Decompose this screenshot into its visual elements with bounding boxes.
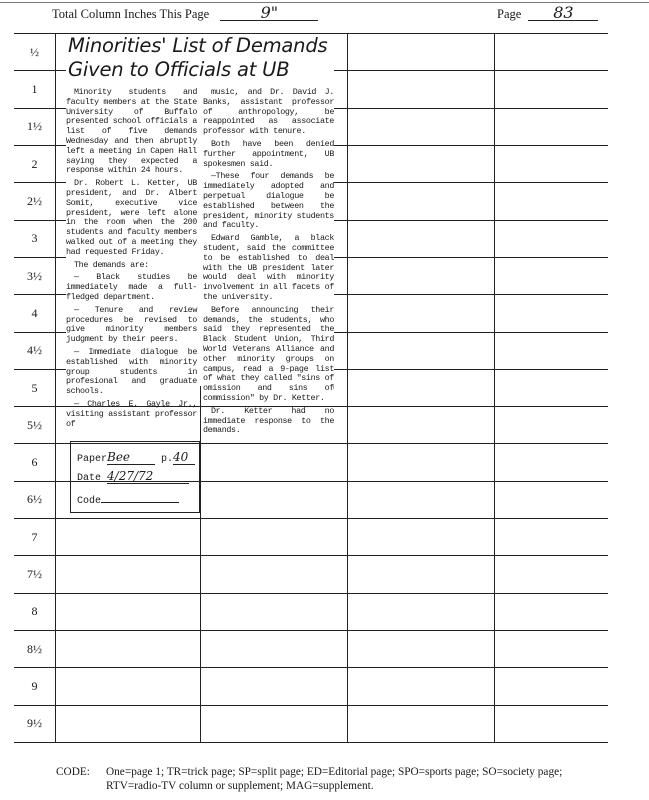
code-legend-line-2: RTV=radio-TV column or supplement; MAG=s… xyxy=(56,779,562,793)
stamp-paper-value: Bee xyxy=(107,450,155,465)
paragraph: The demands are: xyxy=(66,261,197,271)
article-body: Minority students and faculty members at… xyxy=(66,88,334,439)
row-divider xyxy=(14,593,608,594)
paragraph: —These four demands be immediately adopt… xyxy=(203,172,334,231)
paragraph: music, and Dr. David J. Banks, assistant… xyxy=(203,88,334,137)
article-column-1: Minority students and faculty members at… xyxy=(66,88,197,439)
row-divider xyxy=(14,630,608,631)
row-divider xyxy=(14,705,608,706)
paragraph: Dr. Ketter had no immediate response to … xyxy=(203,407,334,436)
paragraph: Minority students and faculty members at… xyxy=(66,88,197,176)
paragraph: Dr. Robert L. Ketter, UB president, and … xyxy=(66,179,197,257)
paragraph: Both have been denied further appointmen… xyxy=(203,140,334,169)
paragraph: — Charles E. Gayle Jr., visiting assista… xyxy=(66,400,197,429)
row-label: 8½ xyxy=(14,642,55,657)
headline-line-1: Minorities' List of Demands xyxy=(68,34,334,58)
row-label: 9 xyxy=(14,679,55,694)
row-label: 3 xyxy=(14,231,55,246)
total-inches-label: Total Column Inches This Page xyxy=(52,7,209,21)
column-divider xyxy=(494,33,495,742)
row-divider xyxy=(14,667,608,668)
column-divider xyxy=(347,33,348,742)
headline: Minorities' List of Demands Given to Off… xyxy=(66,34,334,82)
newspaper-clipping: Minorities' List of Demands Given to Off… xyxy=(66,34,334,386)
stamp-code-label: Code xyxy=(77,496,101,507)
label-column-divider xyxy=(55,33,56,742)
row-divider xyxy=(14,555,608,556)
row-label: ½ xyxy=(14,45,55,60)
headline-line-2: Given to Officials at UB xyxy=(68,58,334,82)
code-legend-label: CODE: xyxy=(56,765,106,779)
paragraph: Before announcing their demands, the stu… xyxy=(203,306,334,404)
row-label: 1 xyxy=(14,82,55,97)
row-label: 2 xyxy=(14,157,55,172)
paragraph: — Tenure and review procedures be revise… xyxy=(66,306,197,345)
page-label: Page xyxy=(497,7,521,21)
row-label: 4½ xyxy=(14,343,55,358)
article-column-2: music, and Dr. David J. Banks, assistant… xyxy=(203,88,334,439)
total-inches-value: 9" xyxy=(220,6,318,21)
row-divider xyxy=(14,742,608,743)
page-number-field: Page 83 xyxy=(497,6,598,22)
source-stamp: PaperBee p.40 Date 4/27/72 Code xyxy=(70,441,200,513)
row-label: 7½ xyxy=(14,567,55,582)
row-label: 7 xyxy=(14,530,55,545)
row-label: 5 xyxy=(14,381,55,396)
stamp-paper-row: PaperBee p.40 xyxy=(77,450,195,465)
row-label: 6 xyxy=(14,455,55,470)
row-label: 4 xyxy=(14,306,55,321)
row-label: 1½ xyxy=(14,119,55,134)
stamp-page-value: 40 xyxy=(173,450,195,465)
row-label: 2½ xyxy=(14,194,55,209)
code-legend: CODE:One=page 1; TR=trick page; SP=split… xyxy=(56,765,562,793)
stamp-code-value xyxy=(101,490,179,503)
paragraph: — Immediate dialogue be established with… xyxy=(66,348,197,397)
row-divider xyxy=(14,518,608,519)
row-label: 8 xyxy=(14,604,55,619)
row-label: 3½ xyxy=(14,269,55,284)
stamp-date-row: Date 4/27/72 xyxy=(77,469,189,484)
paragraph: Edward Gamble, a black student, said the… xyxy=(203,234,334,303)
code-legend-line-1: One=page 1; TR=trick page; SP=split page… xyxy=(106,766,562,778)
row-label: 5½ xyxy=(14,418,55,433)
row-label: 6½ xyxy=(14,492,55,507)
stamp-paper-label: Paper xyxy=(77,454,107,465)
total-inches-field: Total Column Inches This Page 9" xyxy=(52,6,318,22)
stamp-code-row: Code xyxy=(77,490,179,507)
stamp-date-value: 4/27/72 xyxy=(107,469,189,484)
row-label: 9½ xyxy=(14,716,55,731)
paragraph: — Black studies be immediately made a fu… xyxy=(66,273,197,302)
page-number-value: 83 xyxy=(528,6,598,21)
stamp-date-label: Date xyxy=(77,473,101,484)
stamp-page-label: p. xyxy=(161,454,173,465)
top-border xyxy=(0,2,649,3)
